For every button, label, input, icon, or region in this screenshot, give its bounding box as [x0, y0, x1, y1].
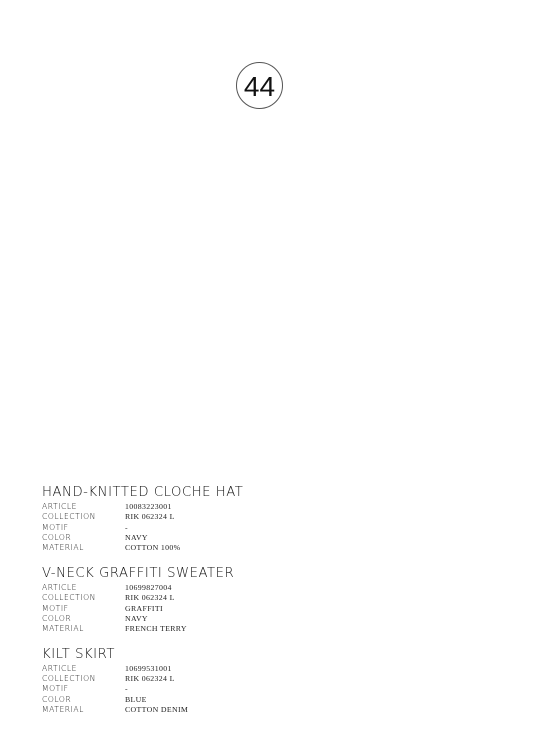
spec-label: ARTICLE [42, 583, 125, 593]
spec-row-color: COLOR NAVY [42, 614, 482, 624]
spec-label: COLLECTION [42, 512, 125, 522]
spec-value: NAVY [125, 533, 148, 543]
spec-row-collection: COLLECTION RIK 062324 L [42, 512, 482, 522]
spec-value: - [125, 523, 128, 533]
spec-row-article: ARTICLE 10699531001 [42, 664, 482, 674]
spec-label: COLOR [42, 614, 125, 624]
product-hand-knitted-cloche-hat: HAND-KNITTED CLOCHE HAT ARTICLE 10083223… [42, 485, 482, 553]
product-kilt-skirt: KILT SKIRT ARTICLE 10699531001 COLLECTIO… [42, 647, 482, 715]
spec-value: BLUE [125, 695, 147, 705]
product-title: HAND-KNITTED CLOCHE HAT [42, 485, 482, 501]
spec-row-motif: MOTIF GRAFFITI [42, 604, 482, 614]
spec-label: ARTICLE [42, 664, 125, 674]
product-v-neck-graffiti-sweater: V-NECK GRAFFITI SWEATER ARTICLE 10699827… [42, 566, 482, 634]
spec-row-motif: MOTIF - [42, 523, 482, 533]
spec-row-article: ARTICLE 10699827004 [42, 583, 482, 593]
spec-label: COLOR [42, 695, 125, 705]
spec-label: COLLECTION [42, 593, 125, 603]
spec-value: RIK 062324 L [125, 674, 175, 684]
spec-label: MOTIF [42, 684, 125, 694]
spec-label: MOTIF [42, 523, 125, 533]
spec-row-collection: COLLECTION RIK 062324 L [42, 674, 482, 684]
spec-value: FRENCH TERRY [125, 624, 187, 634]
spec-value: 10699827004 [125, 583, 172, 593]
spec-value: GRAFFITI [125, 604, 163, 614]
page-number: 44 [244, 73, 275, 101]
page-number-badge: 44 [236, 62, 283, 109]
spec-label: MATERIAL [42, 705, 125, 715]
spec-row-color: COLOR NAVY [42, 533, 482, 543]
spec-label: ARTICLE [42, 502, 125, 512]
spec-row-material: MATERIAL FRENCH TERRY [42, 624, 482, 634]
spec-label: COLOR [42, 533, 125, 543]
spec-row-color: COLOR BLUE [42, 695, 482, 705]
spec-row-material: MATERIAL COTTON 100% [42, 543, 482, 553]
spec-label: COLLECTION [42, 674, 125, 684]
spec-value: - [125, 684, 128, 694]
spec-value: 10699531001 [125, 664, 172, 674]
spec-value: 10083223001 [125, 502, 172, 512]
spec-row-motif: MOTIF - [42, 684, 482, 694]
spec-value: RIK 062324 L [125, 512, 175, 522]
spec-label: MATERIAL [42, 624, 125, 634]
spec-label: MOTIF [42, 604, 125, 614]
spec-value: COTTON DENIM [125, 705, 188, 715]
spec-row-material: MATERIAL COTTON DENIM [42, 705, 482, 715]
spec-value: RIK 062324 L [125, 593, 175, 603]
spec-row-collection: COLLECTION RIK 062324 L [42, 593, 482, 603]
spec-label: MATERIAL [42, 543, 125, 553]
product-title: V-NECK GRAFFITI SWEATER [42, 566, 482, 582]
spec-value: NAVY [125, 614, 148, 624]
spec-row-article: ARTICLE 10083223001 [42, 502, 482, 512]
spec-value: COTTON 100% [125, 543, 180, 553]
product-title: KILT SKIRT [42, 647, 482, 663]
